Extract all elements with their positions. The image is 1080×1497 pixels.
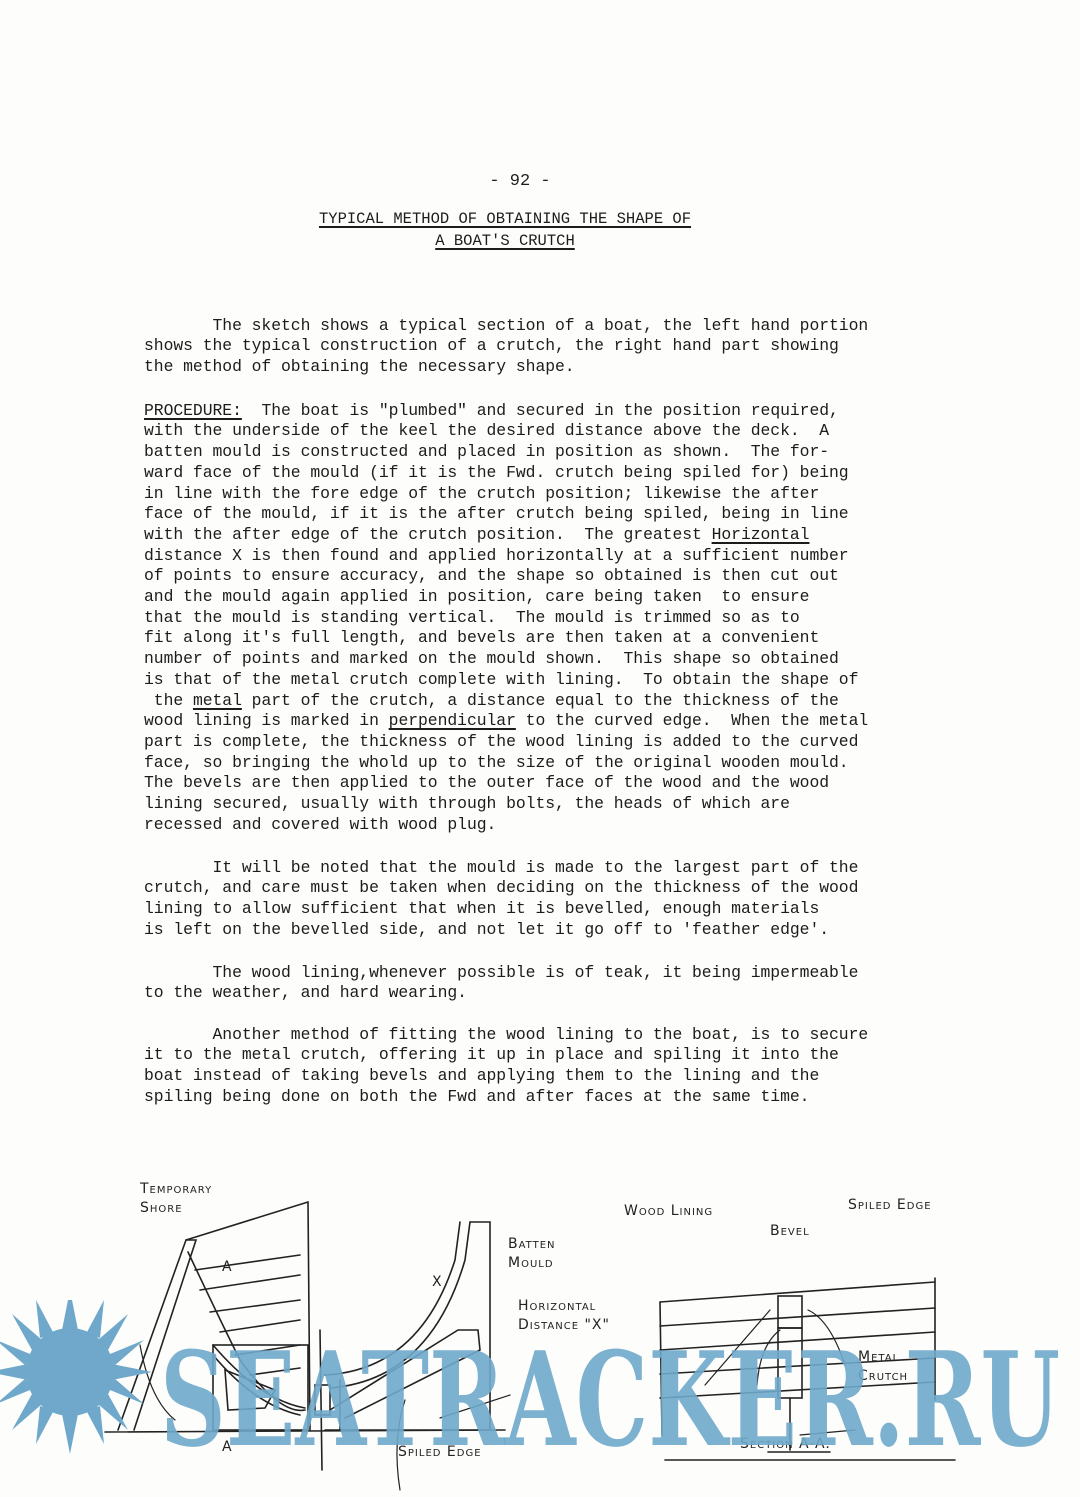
text-line: with the after edge of the crutch positi…	[144, 525, 944, 546]
text-line: is left on the bevelled side, and not le…	[144, 920, 944, 941]
text-line: and the mould again applied in position,…	[144, 587, 944, 608]
text-line: The sketch shows a typical section of a …	[144, 316, 944, 337]
label-horizontal-distance: HorizontalDistance "X"	[518, 1297, 610, 1335]
text-line: part is complete, the thickness of the w…	[144, 732, 944, 753]
text-line: lining to allow sufficient that when it …	[144, 899, 944, 920]
horizontal-emphasis: Horizontal	[712, 525, 810, 544]
text-line: to the weather, and hard wearing.	[144, 983, 944, 1004]
page-number: - 92 -	[0, 172, 1080, 191]
text-line: in line with the fore edge of the crutch…	[144, 484, 944, 505]
title-line-2: A BOAT'S CRUTCH	[435, 230, 575, 252]
label-section-aa: Section A-A.	[740, 1435, 831, 1454]
text-line: shows the typical construction of a crut…	[144, 336, 944, 357]
text-line: spiling being done on both the Fwd and a…	[144, 1087, 944, 1108]
text-line: the metal part of the crutch, a distance…	[144, 691, 944, 712]
text-line: Another method of fitting the wood linin…	[144, 1025, 944, 1046]
text-line: it to the metal crutch, offering it up i…	[144, 1045, 944, 1066]
text-line: of points to ensure accuracy, and the sh…	[144, 566, 944, 587]
text-line: lining secured, usually with through bol…	[144, 794, 944, 815]
text-line: wood lining is marked in perpendicular t…	[144, 711, 944, 732]
crutch-sketch-figure: TemporaryShore BattenMould HorizontalDis…	[0, 1160, 1080, 1497]
text-line: face, so bringing the whold up to the si…	[144, 753, 944, 774]
text-line: the method of obtaining the necessary sh…	[144, 357, 944, 378]
metal-emphasis: metal	[193, 691, 242, 710]
label-spiled-edge-left: Spiled Edge	[398, 1443, 482, 1462]
text-line: ward face of the mould (if it is the Fwd…	[144, 463, 944, 484]
text-line: The wood lining,whenever possible is of …	[144, 963, 944, 984]
label-wood-lining: Wood Lining	[624, 1202, 713, 1221]
text-line: It will be noted that the mould is made …	[144, 858, 944, 879]
text-line: face of the mould, if it is the after cr…	[144, 504, 944, 525]
text-line: crutch, and care must be taken when deci…	[144, 878, 944, 899]
text-line: batten mould is constructed and placed i…	[144, 442, 944, 463]
label-spiled-edge-right: Spiled Edge	[848, 1196, 932, 1215]
label-metal-crutch: MetalCrutch	[858, 1348, 908, 1386]
label-temporary-shore: TemporaryShore	[140, 1180, 212, 1218]
text-line: The bevels are then applied to the outer…	[144, 773, 944, 794]
procedure-paragraph: PROCEDURE: The boat is "plumbed" and sec…	[144, 380, 944, 856]
title-line-1: TYPICAL METHOD OF OBTAINING THE SHAPE OF	[319, 208, 691, 230]
text-line: distance X is then found and applied hor…	[144, 546, 944, 567]
text-line: fit along it's full length, and bevels a…	[144, 628, 944, 649]
text-line: recessed and covered with wood plug.	[144, 815, 944, 836]
label-batten-mould: BattenMould	[508, 1235, 556, 1273]
label-section-marker-top: A	[222, 1258, 233, 1277]
text-line: with the underside of the keel the desir…	[144, 421, 944, 442]
text-line: number of points and marked on the mould…	[144, 649, 944, 670]
label-x-mark: X	[432, 1273, 443, 1292]
document-title: TYPICAL METHOD OF OBTAINING THE SHAPE OF…	[290, 208, 720, 252]
text-line: PROCEDURE: The boat is "plumbed" and sec…	[144, 401, 944, 422]
text-line: boat instead of taking bevels and applyi…	[144, 1066, 944, 1087]
perpendicular-emphasis: perpendicular	[389, 711, 516, 730]
label-section-marker-bottom: A	[222, 1438, 233, 1457]
text-line: is that of the metal crutch complete wit…	[144, 670, 944, 691]
label-bevel: Bevel	[770, 1222, 810, 1241]
text-line: that the mould is standing vertical. The…	[144, 608, 944, 629]
another-method-paragraph: Another method of fitting the wood linin…	[144, 1004, 944, 1128]
procedure-label: PROCEDURE:	[144, 401, 242, 420]
